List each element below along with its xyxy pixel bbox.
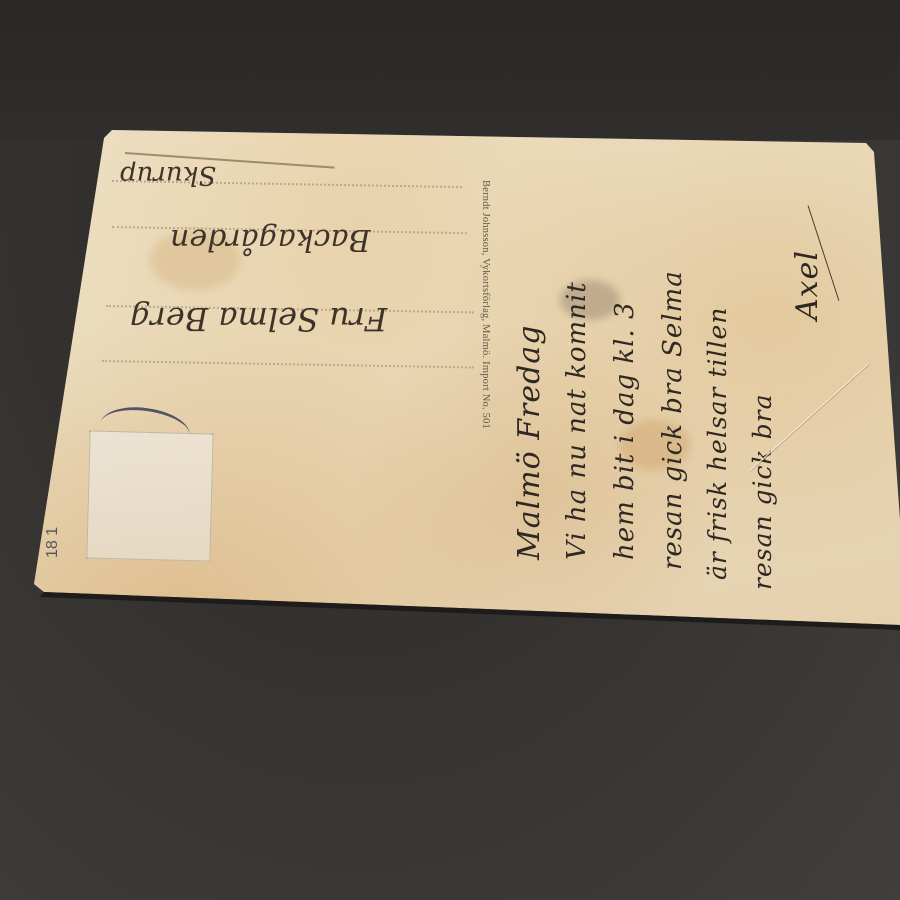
handwritten-message: Malmö Fredag Vi ha nu nat komnit hem bit…	[0, 0, 900, 900]
message-line: är frisk helsar tillen	[703, 200, 732, 580]
message-line: resan gick bra Selma	[658, 170, 688, 570]
message-line: Malmö Fredag	[512, 200, 547, 560]
signature: Axel	[790, 200, 825, 320]
message-line: Vi ha nu nat komnit	[562, 180, 592, 560]
message-line: hem bit i dag kl. 3	[610, 190, 640, 560]
